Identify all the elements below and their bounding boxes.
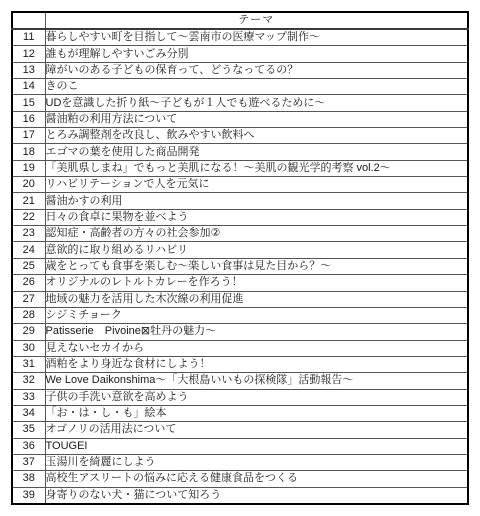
- row-number: 25: [12, 258, 45, 274]
- table-row: 23 認知症・高齢者の方々の社会参加②: [12, 226, 468, 242]
- row-number: 32: [12, 373, 45, 389]
- row-theme: 見えないセカイから: [45, 340, 468, 356]
- theme-table: テーマ 11 暮らしやすい町を目指して～雲南市の医療マップ制作～ 12 誰もが理…: [11, 11, 469, 505]
- table-row: 38 高校生アスリートの悩みに応える健康食品をつくる: [12, 471, 468, 487]
- row-theme: 意欲的に取り組めるリハビリ: [45, 242, 468, 258]
- row-theme: 暮らしやすい町を目指して～雲南市の医療マップ制作～: [45, 29, 468, 46]
- theme-table-container: テーマ 11 暮らしやすい町を目指して～雲南市の医療マップ制作～ 12 誰もが理…: [11, 11, 469, 505]
- table-body: 11 暮らしやすい町を目指して～雲南市の医療マップ制作～ 12 誰もが理解しやす…: [12, 29, 468, 504]
- row-theme: We Love Daikonshima～「大根島いいもの探検隊」活動報告～: [45, 373, 468, 389]
- table-row: 22 日々の食卓に果物を並べよう: [12, 209, 468, 225]
- row-number: 39: [12, 487, 45, 504]
- table-row: 30 見えないセカイから: [12, 340, 468, 356]
- row-number: 27: [12, 291, 45, 307]
- row-theme: 醤油かすの利用: [45, 193, 468, 209]
- row-theme: 地域の魅力を活用した木次線の利用促進: [45, 291, 468, 307]
- row-theme: 酒粕をより身近な食材にしよう！: [45, 356, 468, 372]
- row-theme: シジミチョーク: [45, 307, 468, 323]
- row-number: 11: [12, 29, 45, 46]
- row-theme: エゴマの葉を使用した商品開発: [45, 144, 468, 160]
- row-theme: 高校生アスリートの悩みに応える健康食品をつくる: [45, 471, 468, 487]
- table-row: 27 地域の魅力を活用した木次線の利用促進: [12, 291, 468, 307]
- row-number: 36: [12, 438, 45, 454]
- table-row: 34 「お・は・し・も」絵本: [12, 405, 468, 421]
- row-number: 15: [12, 95, 45, 111]
- row-number: 30: [12, 340, 45, 356]
- row-theme: 日々の食卓に果物を並べよう: [45, 209, 468, 225]
- table-row: 29 Patisserie Pivoine⊠牡丹の魅力～: [12, 324, 468, 340]
- row-theme: オリジナルのレトルトカレーを作ろう！: [45, 275, 468, 291]
- row-theme: 玉湯川を綺麗にしよう: [45, 454, 468, 470]
- table-row: 17 とろみ調整剤を改良し、飲みやすい飲料へ: [12, 128, 468, 144]
- table-row: 21 醤油かすの利用: [12, 193, 468, 209]
- table-row: 26 オリジナルのレトルトカレーを作ろう！: [12, 275, 468, 291]
- row-number: 17: [12, 128, 45, 144]
- row-number: 37: [12, 454, 45, 470]
- row-number: 29: [12, 324, 45, 340]
- row-theme: TOUGEI: [45, 438, 468, 454]
- row-number: 13: [12, 62, 45, 78]
- row-number: 19: [12, 160, 45, 176]
- row-number: 18: [12, 144, 45, 160]
- table-row: 16 醤油粕の利用方法について: [12, 111, 468, 127]
- table-header: テーマ: [12, 12, 468, 29]
- row-theme: きのこ: [45, 79, 468, 95]
- table-row: 18 エゴマの葉を使用した商品開発: [12, 144, 468, 160]
- row-theme: 醤油粕の利用方法について: [45, 111, 468, 127]
- table-row: 39 身寄りのない犬・猫について知ろう: [12, 487, 468, 504]
- row-theme: 障がいのある子どもの保育って、どうなってるの？: [45, 62, 468, 78]
- table-row: 13 障がいのある子どもの保育って、どうなってるの？: [12, 62, 468, 78]
- row-number: 31: [12, 356, 45, 372]
- row-number: 23: [12, 226, 45, 242]
- row-number: 34: [12, 405, 45, 421]
- row-number: 28: [12, 307, 45, 323]
- row-theme: 子供の手洗い意欲を高めよう: [45, 389, 468, 405]
- table-row: 15 UDを意識した折り紙～子どもが１人でも遊べるために～: [12, 95, 468, 111]
- header-cell-number: [12, 12, 45, 29]
- table-row: 19 「美肌県しまね」でもっと美肌になる！～美肌の観光学的考察 vol.2～: [12, 160, 468, 176]
- row-number: 24: [12, 242, 45, 258]
- row-number: 35: [12, 422, 45, 438]
- row-number: 22: [12, 209, 45, 225]
- table-row: 36 TOUGEI: [12, 438, 468, 454]
- row-theme: 「美肌県しまね」でもっと美肌になる！～美肌の観光学的考察 vol.2～: [45, 160, 468, 176]
- table-row: 24 意欲的に取り組めるリハビリ: [12, 242, 468, 258]
- header-row: テーマ: [12, 12, 468, 29]
- row-number: 16: [12, 111, 45, 127]
- row-number: 33: [12, 389, 45, 405]
- table-row: 25 歳をとっても食事を楽しむ～楽しい食事は見た目から？～: [12, 258, 468, 274]
- row-theme: Patisserie Pivoine⊠牡丹の魅力～: [45, 324, 468, 340]
- row-theme: オゴノリの活用法について: [45, 422, 468, 438]
- table-row: 37 玉湯川を綺麗にしよう: [12, 454, 468, 470]
- row-theme: リハビリテーションで人を元気に: [45, 177, 468, 193]
- row-number: 38: [12, 471, 45, 487]
- row-theme: 歳をとっても食事を楽しむ～楽しい食事は見た目から？～: [45, 258, 468, 274]
- header-cell-theme: テーマ: [45, 12, 468, 29]
- row-theme: 身寄りのない犬・猫について知ろう: [45, 487, 468, 504]
- table-row: 20 リハビリテーションで人を元気に: [12, 177, 468, 193]
- row-number: 26: [12, 275, 45, 291]
- row-theme: 誰もが理解しやすいごみ分別: [45, 46, 468, 62]
- row-number: 20: [12, 177, 45, 193]
- table-row: 12 誰もが理解しやすいごみ分別: [12, 46, 468, 62]
- table-row: 35 オゴノリの活用法について: [12, 422, 468, 438]
- row-number: 14: [12, 79, 45, 95]
- row-theme: 「お・は・し・も」絵本: [45, 405, 468, 421]
- row-theme: UDを意識した折り紙～子どもが１人でも遊べるために～: [45, 95, 468, 111]
- table-row: 33 子供の手洗い意欲を高めよう: [12, 389, 468, 405]
- table-row: 28 シジミチョーク: [12, 307, 468, 323]
- table-row: 11 暮らしやすい町を目指して～雲南市の医療マップ制作～: [12, 29, 468, 46]
- row-theme: とろみ調整剤を改良し、飲みやすい飲料へ: [45, 128, 468, 144]
- table-row: 14 きのこ: [12, 79, 468, 95]
- row-number: 21: [12, 193, 45, 209]
- row-theme: 認知症・高齢者の方々の社会参加②: [45, 226, 468, 242]
- row-number: 12: [12, 46, 45, 62]
- table-row: 32 We Love Daikonshima～「大根島いいもの探検隊」活動報告～: [12, 373, 468, 389]
- table-row: 31 酒粕をより身近な食材にしよう！: [12, 356, 468, 372]
